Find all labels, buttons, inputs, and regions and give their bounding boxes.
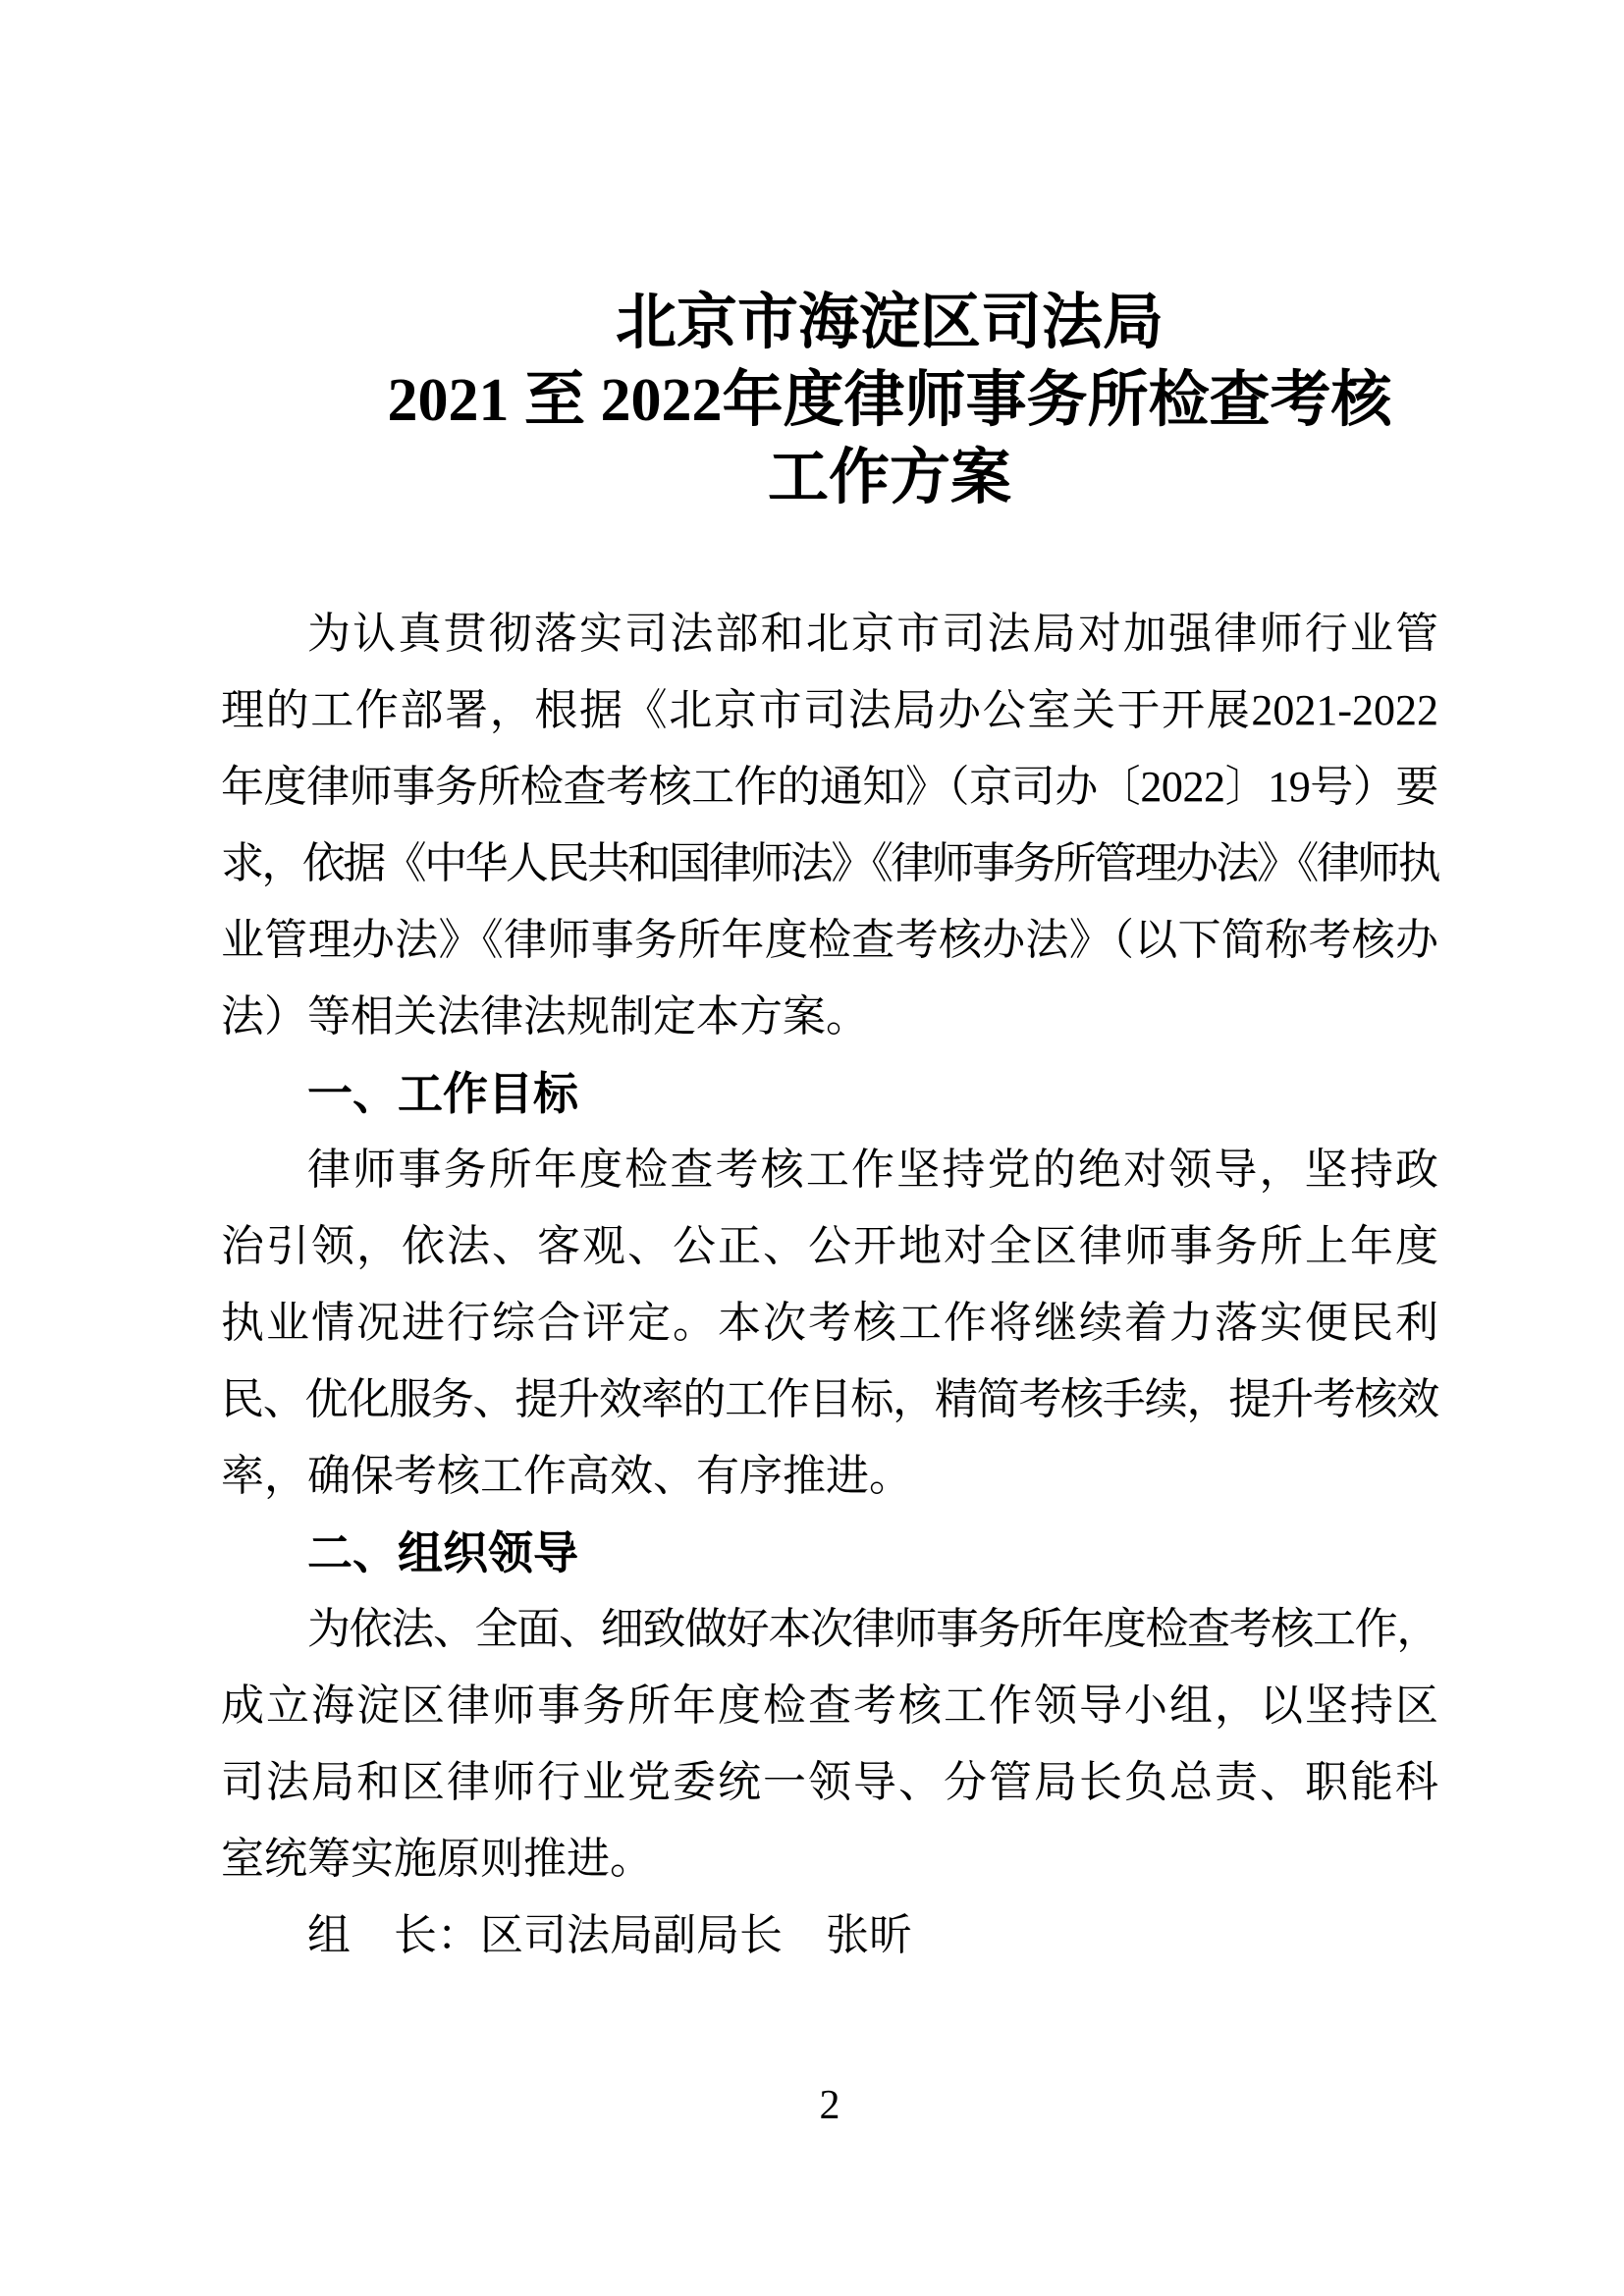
text-line: 组 长：区司法局副局长 张昕 [221,1897,1438,1974]
text-line: 求，依据《中华人民共和国律师法》《律师事务所管理办法》《律师执 [221,826,1438,902]
section-heading: 二、组织领导 [221,1515,1438,1591]
text-line: 民、优化服务、提升效率的工作目标，精简考核手续，提升考核效 [221,1362,1438,1438]
document-content: 北京市海淀区司法局2021 至 2022年度律师事务所检查考核工作方案为认真贯彻… [221,285,1438,1974]
text-line: 年度律师事务所检查考核工作的通知》（京司办〔2022〕19号）要 [221,749,1438,826]
text-line: 治引领，依法、客观、公正、公开地对全区律师事务所上年度 [221,1208,1438,1285]
section-heading: 一、工作目标 [221,1055,1438,1132]
text-line: 业管理办法》《律师事务所年度检查考核办法》（以下简称考核办 [221,902,1438,979]
title-line: 2021 至 2022年度律师事务所检查考核 [341,362,1438,440]
document-page: 北京市海淀区司法局2021 至 2022年度律师事务所检查考核工作方案为认真贯彻… [0,0,1624,2296]
text-line: 司法局和区律师行业党委统一领导、分管局长负总责、职能科 [221,1744,1438,1821]
text-line: 执业情况进行综合评定。本次考核工作将继续着力落实便民利 [221,1285,1438,1362]
text-line: 室统筹实施原则推进。 [221,1821,1438,1897]
text-line: 为认真贯彻落实司法部和北京市司法局对加强律师行业管 [221,596,1438,672]
text-line: 率，确保考核工作高效、有序推进。 [221,1438,1438,1515]
text-line: 为依法、全面、细致做好本次律师事务所年度检查考核工作， [221,1591,1438,1668]
title-line: 北京市海淀区司法局 [341,285,1438,362]
document-body: 为认真贯彻落实司法部和北京市司法局对加强律师行业管理的工作部署，根据《北京市司法… [221,596,1438,1974]
text-line: 律师事务所年度检查考核工作坚持党的绝对领导，坚持政 [221,1132,1438,1208]
page-number: 2 [221,2079,1438,2132]
text-line: 法）等相关法律法规制定本方案。 [221,979,1438,1055]
document-title: 北京市海淀区司法局2021 至 2022年度律师事务所检查考核工作方案 [221,285,1438,517]
text-line: 理的工作部署，根据《北京市司法局办公室关于开展2021-2022 [221,672,1438,749]
text-line: 成立海淀区律师事务所年度检查考核工作领导小组，以坚持区 [221,1668,1438,1744]
title-line: 工作方案 [341,440,1438,517]
